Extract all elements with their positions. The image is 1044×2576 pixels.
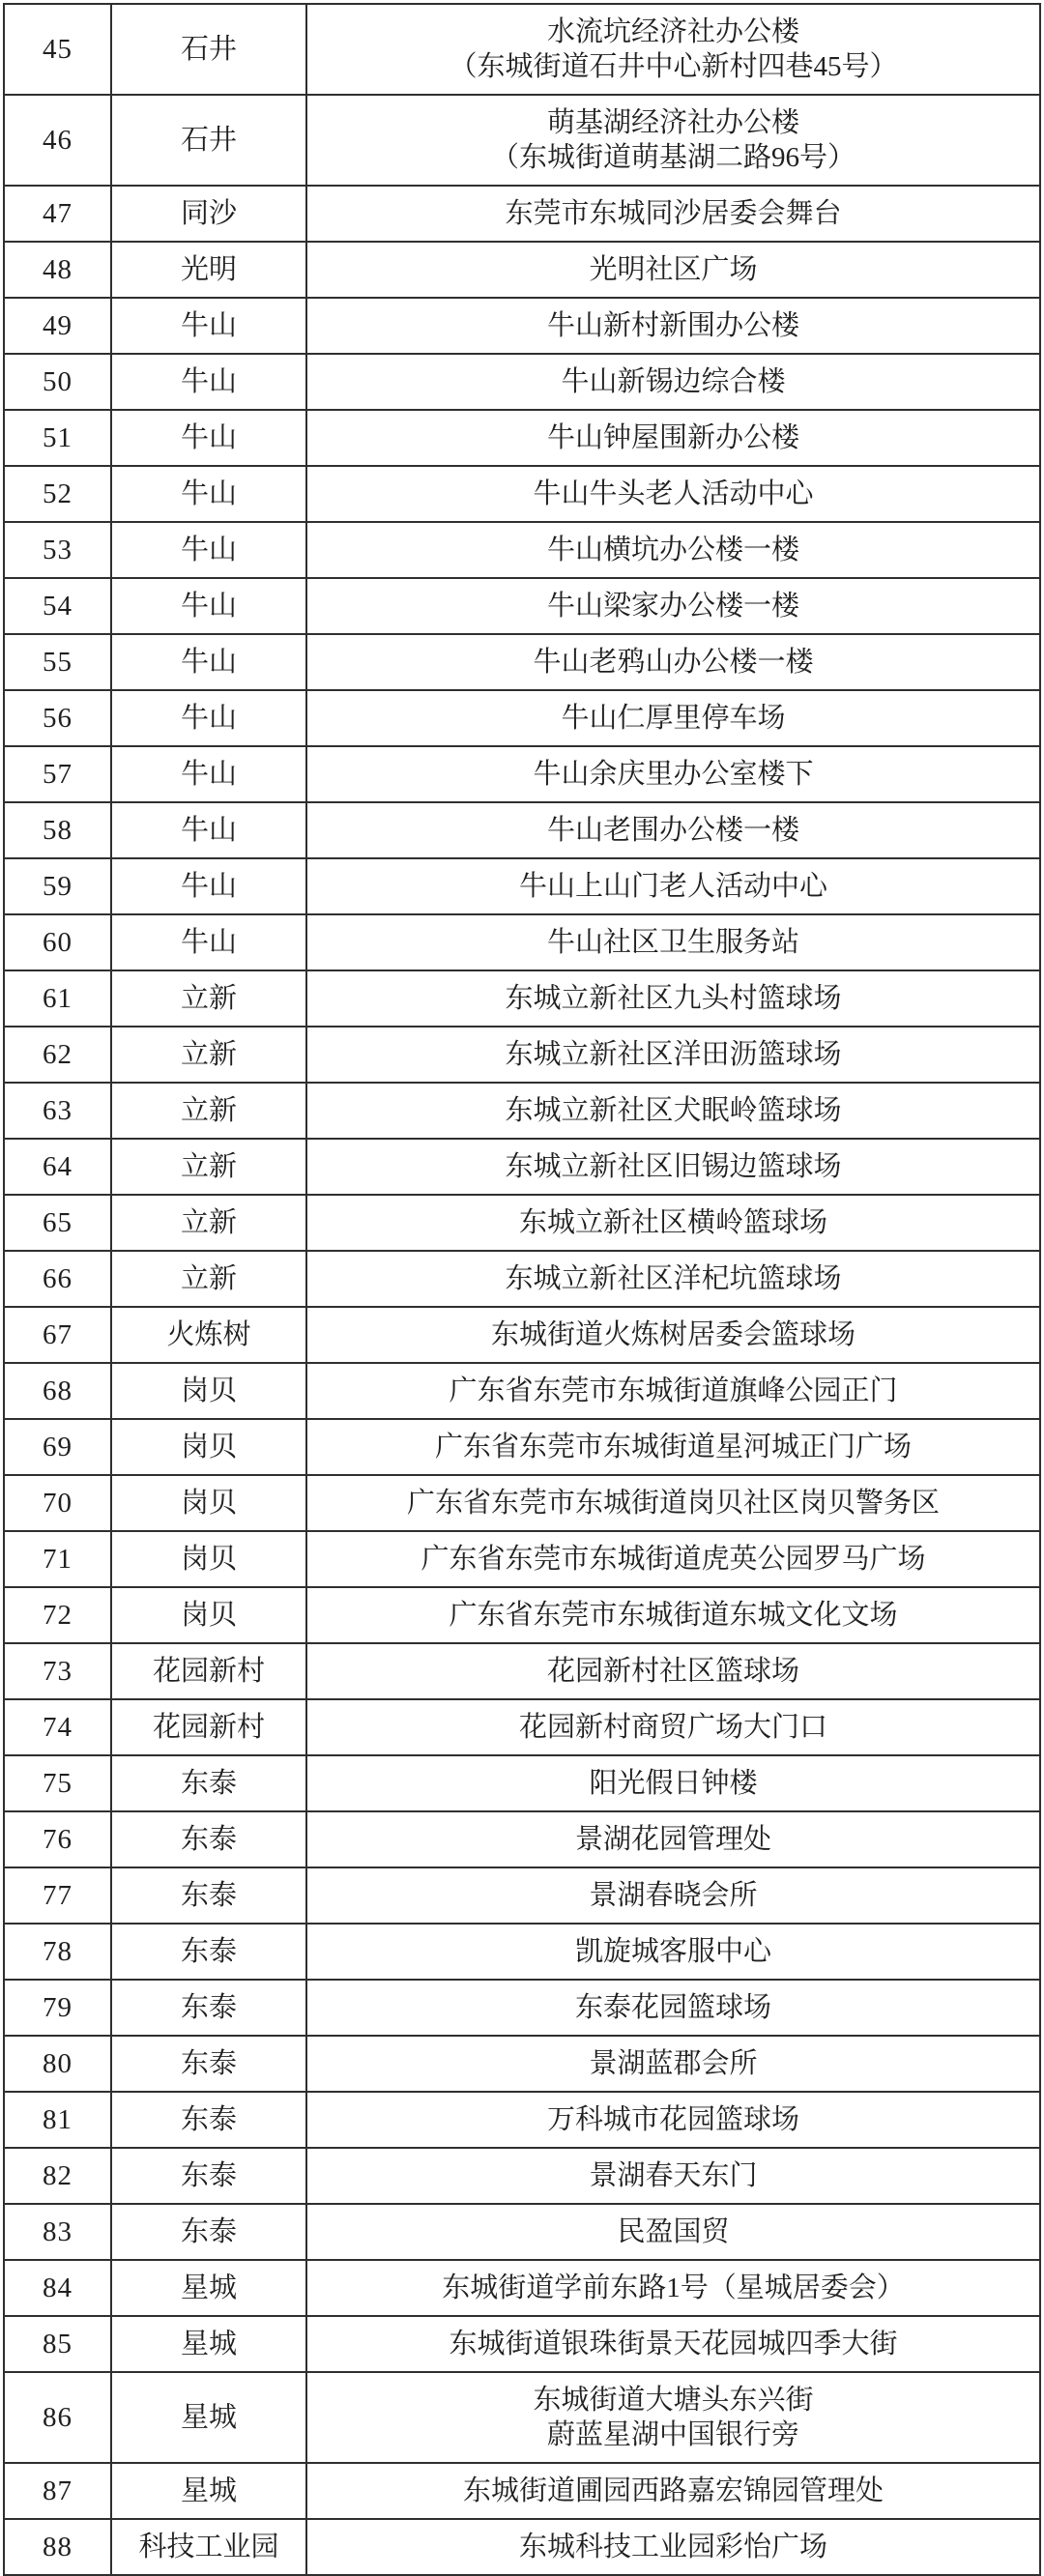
- row-number-cell: 66: [4, 1251, 111, 1307]
- area-name-cell: 牛山: [111, 466, 306, 522]
- row-number-cell: 82: [4, 2148, 111, 2204]
- row-number-cell: 52: [4, 466, 111, 522]
- table-row: 66立新东城立新社区洋杞坑篮球场: [4, 1251, 1040, 1307]
- table-row: 88科技工业园东城科技工业园彩怡广场: [4, 2519, 1040, 2575]
- row-number-cell: 49: [4, 298, 111, 354]
- location-name-cell: 牛山余庆里办公室楼下: [306, 746, 1040, 802]
- area-name-cell: 东泰: [111, 1755, 306, 1811]
- table-row: 69岗贝广东省东莞市东城街道星河城正门广场: [4, 1419, 1040, 1475]
- row-number-cell: 74: [4, 1699, 111, 1755]
- table-row: 49牛山牛山新村新围办公楼: [4, 298, 1040, 354]
- location-name-cell: 东城街道火炼树居委会篮球场: [306, 1307, 1040, 1363]
- table-row: 53牛山牛山横坑办公楼一楼: [4, 522, 1040, 578]
- area-name-cell: 星城: [111, 2260, 306, 2316]
- location-name-cell: 东城街道学前东路1号（星城居委会）: [306, 2260, 1040, 2316]
- location-name-cell: 水流坑经济社办公楼 （东城街道石井中心新村四巷45号）: [306, 4, 1040, 95]
- row-number-cell: 79: [4, 1980, 111, 2036]
- area-name-cell: 牛山: [111, 354, 306, 410]
- location-name-cell: 东城立新社区犬眠岭篮球场: [306, 1083, 1040, 1139]
- table-row: 51牛山牛山钟屋围新办公楼: [4, 410, 1040, 466]
- row-number-cell: 80: [4, 2036, 111, 2092]
- location-name-cell: 花园新村社区篮球场: [306, 1643, 1040, 1699]
- table-row: 52牛山牛山牛头老人活动中心: [4, 466, 1040, 522]
- area-name-cell: 岗贝: [111, 1587, 306, 1643]
- area-name-cell: 东泰: [111, 2036, 306, 2092]
- table-row: 79东泰东泰花园篮球场: [4, 1980, 1040, 2036]
- table-row: 46石井萌基湖经济社办公楼 （东城街道萌基湖二路96号）: [4, 95, 1040, 186]
- table-row: 61立新东城立新社区九头村篮球场: [4, 970, 1040, 1027]
- location-name-cell: 广东省东莞市东城街道星河城正门广场: [306, 1419, 1040, 1475]
- table-row: 47同沙东莞市东城同沙居委会舞台: [4, 186, 1040, 242]
- row-number-cell: 59: [4, 858, 111, 914]
- row-number-cell: 75: [4, 1755, 111, 1811]
- area-name-cell: 牛山: [111, 410, 306, 466]
- polling-locations-table: 45石井水流坑经济社办公楼 （东城街道石井中心新村四巷45号）46石井萌基湖经济…: [3, 3, 1041, 2576]
- table-row: 65立新东城立新社区横岭篮球场: [4, 1195, 1040, 1251]
- location-name-cell: 民盈国贸: [306, 2204, 1040, 2260]
- row-number-cell: 88: [4, 2519, 111, 2575]
- table-row: 86星城东城街道大塘头东兴街 蔚蓝星湖中国银行旁: [4, 2372, 1040, 2463]
- row-number-cell: 57: [4, 746, 111, 802]
- location-name-cell: 光明社区广场: [306, 242, 1040, 298]
- row-number-cell: 53: [4, 522, 111, 578]
- area-name-cell: 岗贝: [111, 1363, 306, 1419]
- area-name-cell: 立新: [111, 1083, 306, 1139]
- row-number-cell: 69: [4, 1419, 111, 1475]
- row-number-cell: 71: [4, 1531, 111, 1587]
- location-name-cell: 阳光假日钟楼: [306, 1755, 1040, 1811]
- row-number-cell: 83: [4, 2204, 111, 2260]
- table-row: 60牛山牛山社区卫生服务站: [4, 914, 1040, 970]
- area-name-cell: 火炼树: [111, 1307, 306, 1363]
- location-name-cell: 牛山老围办公楼一楼: [306, 802, 1040, 858]
- location-name-cell: 景湖花园管理处: [306, 1811, 1040, 1867]
- row-number-cell: 85: [4, 2316, 111, 2372]
- location-name-cell: 牛山牛头老人活动中心: [306, 466, 1040, 522]
- area-name-cell: 牛山: [111, 578, 306, 634]
- location-name-cell: 牛山社区卫生服务站: [306, 914, 1040, 970]
- location-name-cell: 牛山仁厚里停车场: [306, 690, 1040, 746]
- table-row: 57牛山牛山余庆里办公室楼下: [4, 746, 1040, 802]
- table-row: 68岗贝广东省东莞市东城街道旗峰公园正门: [4, 1363, 1040, 1419]
- table-row: 82东泰景湖春天东门: [4, 2148, 1040, 2204]
- location-name-cell: 东莞市东城同沙居委会舞台: [306, 186, 1040, 242]
- table-row: 45石井水流坑经济社办公楼 （东城街道石井中心新村四巷45号）: [4, 4, 1040, 95]
- row-number-cell: 81: [4, 2092, 111, 2148]
- location-name-cell: 东城立新社区洋田沥篮球场: [306, 1027, 1040, 1083]
- location-name-cell: 牛山钟屋围新办公楼: [306, 410, 1040, 466]
- location-name-cell: 万科城市花园篮球场: [306, 2092, 1040, 2148]
- table-row: 73花园新村花园新村社区篮球场: [4, 1643, 1040, 1699]
- area-name-cell: 东泰: [111, 2148, 306, 2204]
- row-number-cell: 55: [4, 634, 111, 690]
- location-name-cell: 东城街道圃园西路嘉宏锦园管理处: [306, 2463, 1040, 2519]
- table-row: 55牛山牛山老鸦山办公楼一楼: [4, 634, 1040, 690]
- table-row: 85星城东城街道银珠街景天花园城四季大街: [4, 2316, 1040, 2372]
- area-name-cell: 牛山: [111, 858, 306, 914]
- table-row: 64立新东城立新社区旧锡边篮球场: [4, 1139, 1040, 1195]
- row-number-cell: 64: [4, 1139, 111, 1195]
- row-number-cell: 73: [4, 1643, 111, 1699]
- table-row: 50牛山牛山新锡边综合楼: [4, 354, 1040, 410]
- row-number-cell: 56: [4, 690, 111, 746]
- table-row: 81东泰万科城市花园篮球场: [4, 2092, 1040, 2148]
- row-number-cell: 76: [4, 1811, 111, 1867]
- location-name-cell: 广东省东莞市东城街道虎英公园罗马广场: [306, 1531, 1040, 1587]
- area-name-cell: 牛山: [111, 914, 306, 970]
- table-row: 56牛山牛山仁厚里停车场: [4, 690, 1040, 746]
- area-name-cell: 立新: [111, 1027, 306, 1083]
- table-row: 87星城东城街道圃园西路嘉宏锦园管理处: [4, 2463, 1040, 2519]
- row-number-cell: 68: [4, 1363, 111, 1419]
- location-name-cell: 牛山梁家办公楼一楼: [306, 578, 1040, 634]
- area-name-cell: 立新: [111, 1251, 306, 1307]
- area-name-cell: 岗贝: [111, 1419, 306, 1475]
- location-name-cell: 广东省东莞市东城街道岗贝社区岗贝警务区: [306, 1475, 1040, 1531]
- row-number-cell: 87: [4, 2463, 111, 2519]
- row-number-cell: 45: [4, 4, 111, 95]
- location-name-cell: 东城科技工业园彩怡广场: [306, 2519, 1040, 2575]
- table-row: 80东泰景湖蓝郡会所: [4, 2036, 1040, 2092]
- table-row: 59牛山牛山上山门老人活动中心: [4, 858, 1040, 914]
- row-number-cell: 47: [4, 186, 111, 242]
- row-number-cell: 46: [4, 95, 111, 186]
- location-name-cell: 东城立新社区横岭篮球场: [306, 1195, 1040, 1251]
- table-row: 83东泰民盈国贸: [4, 2204, 1040, 2260]
- area-name-cell: 同沙: [111, 186, 306, 242]
- row-number-cell: 70: [4, 1475, 111, 1531]
- location-name-cell: 牛山新村新围办公楼: [306, 298, 1040, 354]
- area-name-cell: 东泰: [111, 1811, 306, 1867]
- area-name-cell: 牛山: [111, 802, 306, 858]
- area-name-cell: 岗贝: [111, 1531, 306, 1587]
- row-number-cell: 67: [4, 1307, 111, 1363]
- area-name-cell: 东泰: [111, 1867, 306, 1924]
- area-name-cell: 星城: [111, 2463, 306, 2519]
- location-name-cell: 牛山横坑办公楼一楼: [306, 522, 1040, 578]
- area-name-cell: 牛山: [111, 522, 306, 578]
- table-row: 75东泰阳光假日钟楼: [4, 1755, 1040, 1811]
- table-row: 72岗贝广东省东莞市东城街道东城文化文场: [4, 1587, 1040, 1643]
- area-name-cell: 牛山: [111, 298, 306, 354]
- location-name-cell: 东城街道大塘头东兴街 蔚蓝星湖中国银行旁: [306, 2372, 1040, 2463]
- location-name-cell: 牛山新锡边综合楼: [306, 354, 1040, 410]
- table-row: 84星城东城街道学前东路1号（星城居委会）: [4, 2260, 1040, 2316]
- area-name-cell: 东泰: [111, 2092, 306, 2148]
- area-name-cell: 星城: [111, 2316, 306, 2372]
- location-name-cell: 广东省东莞市东城街道东城文化文场: [306, 1587, 1040, 1643]
- area-name-cell: 石井: [111, 95, 306, 186]
- location-name-cell: 东泰花园篮球场: [306, 1980, 1040, 2036]
- area-name-cell: 立新: [111, 1195, 306, 1251]
- row-number-cell: 62: [4, 1027, 111, 1083]
- location-name-cell: 东城立新社区旧锡边篮球场: [306, 1139, 1040, 1195]
- row-number-cell: 61: [4, 970, 111, 1027]
- row-number-cell: 86: [4, 2372, 111, 2463]
- table-row: 63立新东城立新社区犬眠岭篮球场: [4, 1083, 1040, 1139]
- row-number-cell: 65: [4, 1195, 111, 1251]
- area-name-cell: 东泰: [111, 1980, 306, 2036]
- row-number-cell: 78: [4, 1924, 111, 1980]
- location-name-cell: 景湖春天东门: [306, 2148, 1040, 2204]
- table-row: 76东泰景湖花园管理处: [4, 1811, 1040, 1867]
- row-number-cell: 77: [4, 1867, 111, 1924]
- area-name-cell: 东泰: [111, 1924, 306, 1980]
- area-name-cell: 星城: [111, 2372, 306, 2463]
- area-name-cell: 牛山: [111, 690, 306, 746]
- location-name-cell: 牛山老鸦山办公楼一楼: [306, 634, 1040, 690]
- area-name-cell: 花园新村: [111, 1643, 306, 1699]
- table-row: 62立新东城立新社区洋田沥篮球场: [4, 1027, 1040, 1083]
- row-number-cell: 58: [4, 802, 111, 858]
- table-row: 70岗贝广东省东莞市东城街道岗贝社区岗贝警务区: [4, 1475, 1040, 1531]
- area-name-cell: 石井: [111, 4, 306, 95]
- area-name-cell: 花园新村: [111, 1699, 306, 1755]
- table-row: 71岗贝广东省东莞市东城街道虎英公园罗马广场: [4, 1531, 1040, 1587]
- location-name-cell: 东城立新社区九头村篮球场: [306, 970, 1040, 1027]
- row-number-cell: 60: [4, 914, 111, 970]
- table-row: 48光明光明社区广场: [4, 242, 1040, 298]
- area-name-cell: 科技工业园: [111, 2519, 306, 2575]
- row-number-cell: 50: [4, 354, 111, 410]
- table-row: 54牛山牛山梁家办公楼一楼: [4, 578, 1040, 634]
- location-name-cell: 萌基湖经济社办公楼 （东城街道萌基湖二路96号）: [306, 95, 1040, 186]
- location-name-cell: 景湖春晓会所: [306, 1867, 1040, 1924]
- table-row: 78东泰凯旋城客服中心: [4, 1924, 1040, 1980]
- table-row: 77东泰景湖春晓会所: [4, 1867, 1040, 1924]
- location-name-cell: 花园新村商贸广场大门口: [306, 1699, 1040, 1755]
- table-row: 67火炼树东城街道火炼树居委会篮球场: [4, 1307, 1040, 1363]
- area-name-cell: 牛山: [111, 634, 306, 690]
- table-body: 45石井水流坑经济社办公楼 （东城街道石井中心新村四巷45号）46石井萌基湖经济…: [4, 4, 1040, 2575]
- row-number-cell: 63: [4, 1083, 111, 1139]
- location-name-cell: 广东省东莞市东城街道旗峰公园正门: [306, 1363, 1040, 1419]
- location-name-cell: 景湖蓝郡会所: [306, 2036, 1040, 2092]
- location-name-cell: 牛山上山门老人活动中心: [306, 858, 1040, 914]
- area-name-cell: 牛山: [111, 746, 306, 802]
- table-row: 74花园新村花园新村商贸广场大门口: [4, 1699, 1040, 1755]
- row-number-cell: 72: [4, 1587, 111, 1643]
- area-name-cell: 东泰: [111, 2204, 306, 2260]
- row-number-cell: 48: [4, 242, 111, 298]
- row-number-cell: 54: [4, 578, 111, 634]
- row-number-cell: 51: [4, 410, 111, 466]
- area-name-cell: 光明: [111, 242, 306, 298]
- area-name-cell: 立新: [111, 1139, 306, 1195]
- area-name-cell: 岗贝: [111, 1475, 306, 1531]
- location-name-cell: 东城街道银珠街景天花园城四季大街: [306, 2316, 1040, 2372]
- location-name-cell: 东城立新社区洋杞坑篮球场: [306, 1251, 1040, 1307]
- table-row: 58牛山牛山老围办公楼一楼: [4, 802, 1040, 858]
- area-name-cell: 立新: [111, 970, 306, 1027]
- location-name-cell: 凯旋城客服中心: [306, 1924, 1040, 1980]
- row-number-cell: 84: [4, 2260, 111, 2316]
